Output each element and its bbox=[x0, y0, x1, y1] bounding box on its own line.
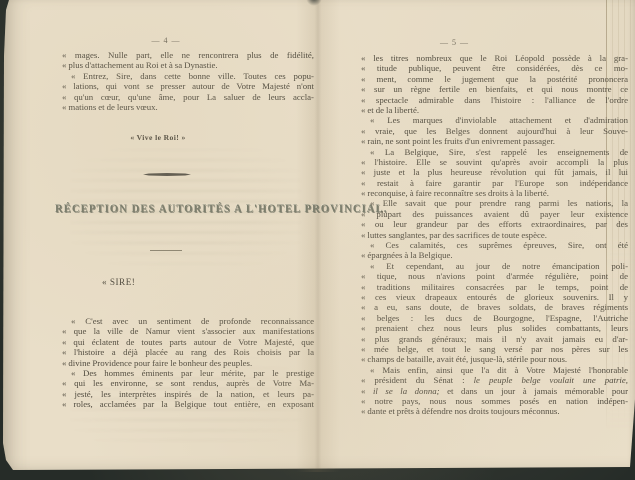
text-line: « belges : les ducs de Bourgogne, l'Espa… bbox=[361, 313, 628, 323]
text-line: « qui éclatent de toutes parts autour de… bbox=[62, 337, 314, 347]
left-page: — 4 — « mages. Nulle part, elle ne renco… bbox=[62, 0, 314, 480]
text-line: « qu'un cœur, qu'une âme, pour La saluer… bbox=[62, 92, 314, 102]
decorative-rule bbox=[143, 173, 191, 176]
text-line: « roles, acclamées par la Belgique tout … bbox=[62, 399, 314, 409]
text-line: « sur un règne fertile en bienfaits, et … bbox=[361, 84, 628, 94]
text-line: « rain, ne sont point les fruits d'un en… bbox=[361, 136, 628, 146]
text-line: « Les marques d'inviolable attachement e… bbox=[361, 115, 628, 125]
salutation: « SIRE! bbox=[62, 277, 314, 287]
text-line: « jesté, les interprètes inspirés de la … bbox=[62, 389, 314, 399]
text-line: « restait à faire garantir par l'Europe … bbox=[361, 178, 628, 188]
text-line: « il se la donna; et dans un jour à jama… bbox=[361, 386, 628, 396]
text-line: « épargnées à la Belgique. bbox=[361, 250, 628, 260]
body-text-block: « C'est avec un sentiment de profonde re… bbox=[62, 316, 314, 410]
text-line: « notre pays, nous nous sommes posés en … bbox=[361, 396, 628, 406]
text-line: « a eu, sans doute, de braves soldats, d… bbox=[361, 302, 628, 312]
body-text-block: « mages. Nulle part, elle ne rencontrera… bbox=[62, 50, 314, 112]
text-line: « plus grands généraux; mais il n'y avai… bbox=[361, 334, 628, 344]
text-line: « que la ville de Namur vient s'associer… bbox=[62, 326, 314, 336]
text-line: « lations, qui vont se presser autour de… bbox=[62, 81, 314, 91]
text-line: « et de la liberté. bbox=[361, 105, 628, 115]
text-line: « mages. Nulle part, elle ne rencontrera… bbox=[62, 50, 314, 60]
text-line: « ces vieux drapeaux entourés de glorieu… bbox=[361, 292, 628, 302]
text-line: « Entrez, Sire, dans cette bonne ville. … bbox=[62, 71, 314, 81]
body-text-block: « les titres nombreux que le Roi Léopold… bbox=[361, 53, 628, 417]
text-line: « Et cependant, au jour de notre émancip… bbox=[361, 261, 628, 271]
text-line: « spectacle admirable dans l'histoire : … bbox=[361, 95, 628, 105]
text-line: « divine Providence pour faire le bonheu… bbox=[62, 358, 314, 368]
page-number: — 5 — bbox=[321, 38, 588, 47]
text-line: « Elle savait que pour prendre rang parm… bbox=[361, 198, 628, 208]
text-line: « titude publique, peuvent être considér… bbox=[361, 63, 628, 73]
text-line: « champs de bataille, avait été, jusque-… bbox=[361, 354, 628, 364]
text-line: « Mais enfin, ainsi que l'a dit à Votre … bbox=[361, 365, 628, 375]
text-line: « tique, nous n'avions point d'armée rég… bbox=[361, 271, 628, 281]
thin-rule bbox=[150, 250, 182, 251]
text-line: « qui les environne, se sont rendus, aup… bbox=[62, 378, 314, 388]
text-line: « président du Sénat : le peuple belge v… bbox=[361, 375, 628, 385]
text-line: « mée belge, et tout le sang versé par n… bbox=[361, 344, 628, 354]
text-line: « reconquise, à faire reconnaître ses dr… bbox=[361, 188, 628, 198]
text-line: « plupart des puissances avaient dû paye… bbox=[361, 209, 628, 219]
text-line: « les titres nombreux que le Roi Léopold… bbox=[361, 53, 628, 63]
text-line: « vraie, que les Belges donnent aujourd'… bbox=[361, 126, 628, 136]
text-line: « l'histoire. Elle se souvint qu'après a… bbox=[361, 157, 628, 167]
text-line: « ment, comme le jugement que la postéri… bbox=[361, 74, 628, 84]
text-line: « mations et de leurs vœux. bbox=[62, 102, 314, 112]
scanned-book-spread: — 4 — « mages. Nulle part, elle ne renco… bbox=[0, 0, 635, 480]
text-line: « La Belgique, Sire, s'est rappelé les e… bbox=[361, 147, 628, 157]
text-line: « juste et la plus heureuse révolution q… bbox=[361, 167, 628, 177]
text-line: « Des hommes éminents par leur mérite, p… bbox=[62, 368, 314, 378]
section-heading: RÉCEPTION DES AUTORITÉS A L'HOTEL PROVIN… bbox=[55, 204, 307, 215]
text-line: « C'est avec un sentiment de profonde re… bbox=[62, 316, 314, 326]
page-number: — 4 — bbox=[40, 36, 292, 45]
text-line: « l'histoire a déjà placée au rang des R… bbox=[62, 347, 314, 357]
acclamation-line: « Vive le Roi! » bbox=[32, 133, 284, 142]
text-line: « ou leur grandeur par des efforts extra… bbox=[361, 219, 628, 229]
text-line: « dante et prêts à défendre nos droits t… bbox=[361, 406, 628, 416]
text-line: « traditions militaires consacrées par l… bbox=[361, 282, 628, 292]
right-page: — 5 — « les titres nombreux que le Roi L… bbox=[361, 0, 628, 480]
text-line: « Ces calamités, ces suprêmes épreuves, … bbox=[361, 240, 628, 250]
text-line: « plus d'attachement au Roi et à sa Dyna… bbox=[62, 60, 314, 70]
text-line: « prenaient chez nous leurs plus solides… bbox=[361, 323, 628, 333]
text-line: « luttes sanglantes, par des sacrifices … bbox=[361, 230, 628, 240]
